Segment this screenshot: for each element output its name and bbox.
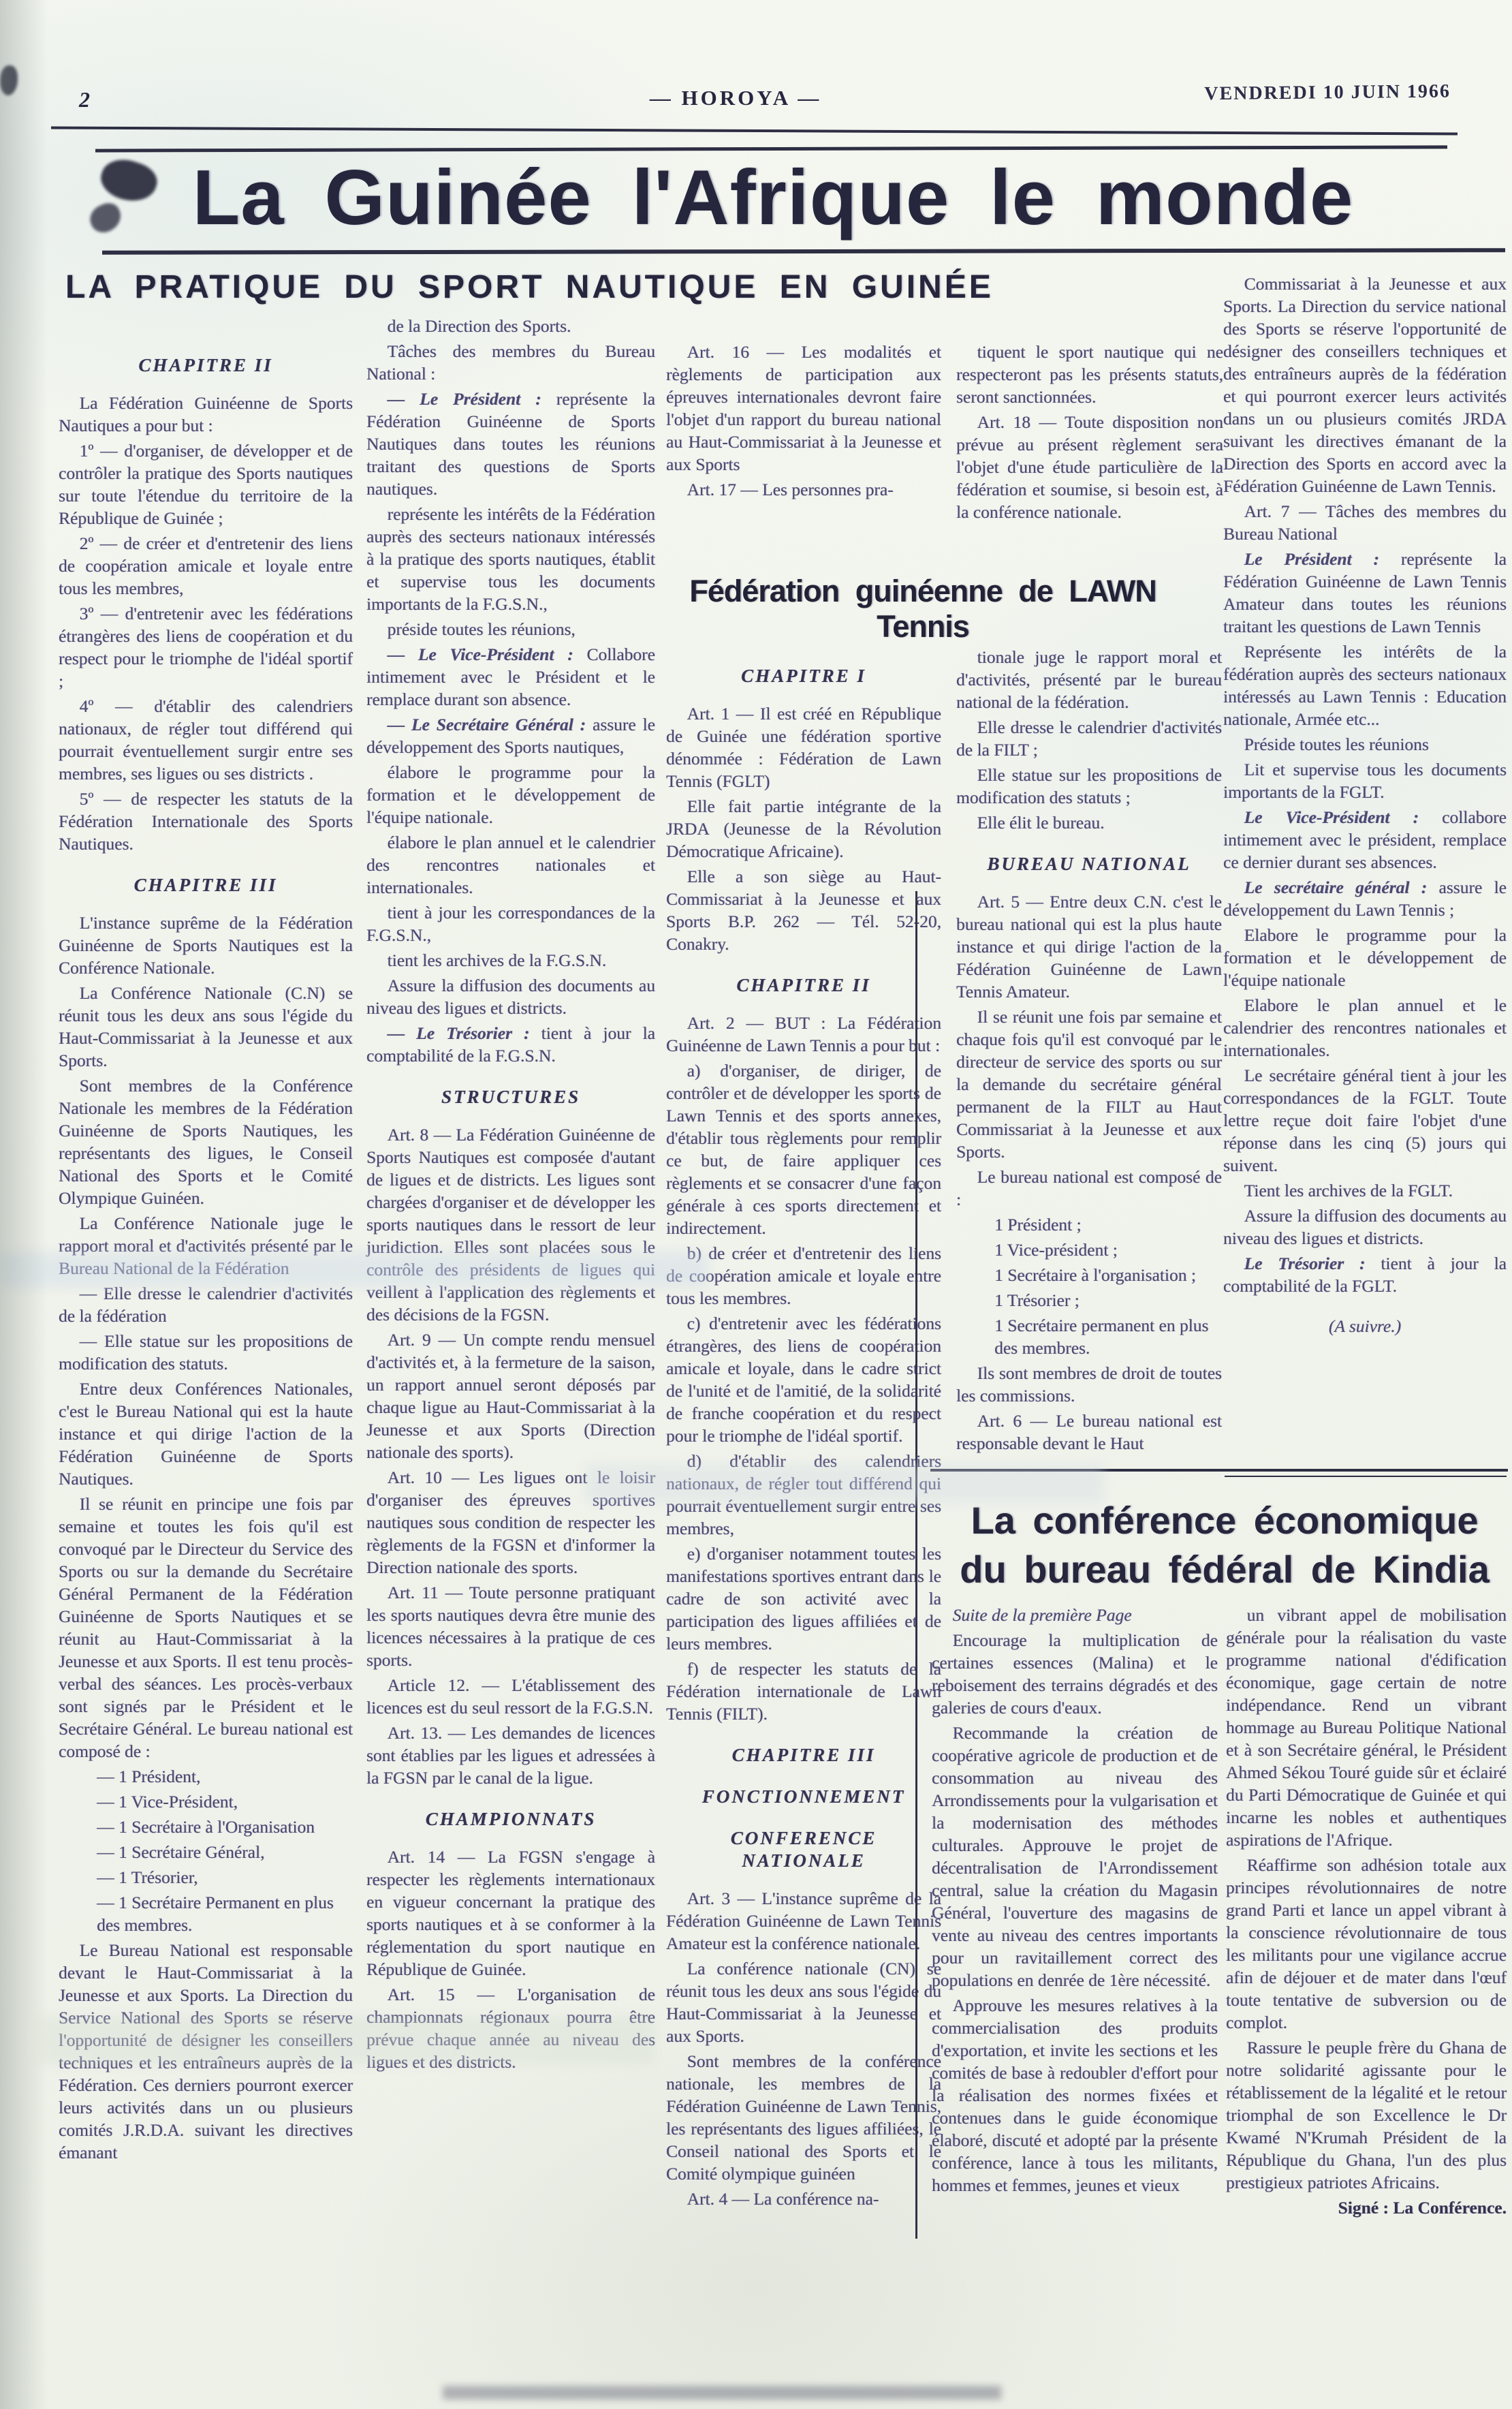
- section-heading: BUREAU NATIONAL: [956, 853, 1222, 875]
- paragraph: 1 Trésorier ;: [956, 1289, 1222, 1311]
- paragraph: Art. 10 — Les ligues ont le loisir d'org…: [366, 1466, 655, 1579]
- section-heading: FONCTIONNEMENT: [666, 1786, 941, 1808]
- page-number: 2: [79, 87, 90, 112]
- paragraph: Art. 9 — Un compte rendu mensuel d'activ…: [366, 1328, 655, 1463]
- paragraph: L'instance suprême de la Fédération Guin…: [59, 912, 353, 979]
- paragraph: Recommande la création de coopérative ag…: [932, 1722, 1218, 1991]
- kindia-rule-top-2: [1225, 1476, 1507, 1477]
- paragraph: de la Direction des Sports.: [366, 315, 655, 337]
- nautique-column-1: CHAPITRE IILa Fédération Guinéenne de Sp…: [59, 335, 353, 2166]
- kindia-title-line2: du bureau fédéral de Kindia: [941, 1545, 1508, 1594]
- scan-edge-shadow: [0, 0, 48, 2409]
- paragraph: Art. 7 — Tâches des membres du Bureau Na…: [1223, 500, 1507, 545]
- paragraph: Art. 18 — Toute disposition non prévue a…: [956, 411, 1223, 523]
- kindia-rule-top: [930, 1469, 1508, 1472]
- column-divider-rule: [915, 891, 917, 2239]
- section-heading: CHAPITRE III: [666, 1744, 941, 1767]
- paragraph: 1 Secrétaire permanent en plus des membr…: [956, 1314, 1222, 1359]
- paragraph: Suite de la première Page: [932, 1604, 1218, 1626]
- paragraph: f) de respecter les statuts de la Fédéra…: [666, 1658, 941, 1725]
- paragraph: Il se réunit en principe une fois par se…: [59, 1493, 353, 1762]
- paragraph: Art. 2 — BUT : La Fédération Guinéenne d…: [666, 1012, 941, 1057]
- paragraph: Elle dresse le calendrier d'activités de…: [956, 716, 1222, 761]
- paragraph: tient les archives de la F.G.S.N.: [366, 949, 655, 972]
- paragraph: Le secrétaire général : assure le dévelo…: [1223, 876, 1507, 921]
- paragraph: — 1 Vice-Président,: [59, 1790, 353, 1813]
- paragraph: 1 Vice-président ;: [956, 1239, 1222, 1261]
- paragraph: d) d'établir des calendriers nationaux, …: [666, 1450, 941, 1540]
- paragraph: Le bureau national est composé de :: [956, 1166, 1222, 1211]
- paragraph: — 1 Secrétaire à l'Organisation: [59, 1816, 353, 1838]
- paragraph: Tient les archives de la FGLT.: [1223, 1179, 1507, 1202]
- paragraph: La Conférence Nationale juge le rapport …: [59, 1212, 353, 1279]
- paragraph: a) d'organiser, de diriger, de contrôler…: [666, 1059, 941, 1239]
- paragraph: Préside toutes les réunions: [1223, 733, 1507, 756]
- paragraph: 1 Président ;: [956, 1213, 1222, 1236]
- paragraph: tionale juge le rapport moral et d'activ…: [956, 646, 1222, 713]
- paragraph: Art. 13. — Les demandes de licences sont…: [366, 1722, 655, 1789]
- headline-rule-bottom: [102, 248, 1505, 255]
- newspaper-page: 2 — HOROYA — VENDREDI 10 JUIN 1966 La Gu…: [0, 0, 1512, 2409]
- paragraph: — Elle dresse le calendrier d'activités …: [59, 1282, 353, 1327]
- paragraph: Il se réunit une fois par semaine et cha…: [956, 1006, 1222, 1163]
- nautique-column-3: Art. 16 — Les modalités et règlements de…: [666, 341, 941, 503]
- paragraph: Le Vice-Président : collabore intimement…: [1223, 806, 1507, 873]
- paragraph: Art. 4 — La conférence na-: [666, 2188, 941, 2210]
- paragraph: (A suivre.): [1223, 1315, 1507, 1337]
- nautique-column-4: tiquent le sport nautique qui ne respect…: [956, 341, 1223, 526]
- paragraph: — 1 Secrétaire Général,: [59, 1841, 353, 1863]
- paragraph: Art. 6 — Le bureau national est responsa…: [956, 1410, 1222, 1455]
- paragraph: un vibrant appel de mobilisation général…: [1226, 1604, 1507, 1851]
- paragraph: c) d'entretenir avec les fédérations étr…: [666, 1312, 941, 1447]
- paragraph: Elabore le plan annuel et le calendrier …: [1223, 994, 1507, 1061]
- paragraph: — Le Secrétaire Général : assure le déve…: [366, 713, 655, 758]
- paragraph: Art. 16 — Les modalités et règlements de…: [666, 341, 941, 476]
- paragraph: Tâches des membres du Bureau National :: [366, 340, 655, 385]
- article-lawn-title: Fédération guinéenne de LAWN Tennis: [647, 574, 1199, 644]
- page-headline: La Guinée l'Afrique le monde: [95, 153, 1451, 248]
- paragraph: — 1 Trésorier,: [59, 1866, 353, 1889]
- section-heading: CONFERENCE NATIONALE: [666, 1827, 941, 1872]
- paragraph: élabore le programme pour la formation e…: [366, 761, 655, 828]
- paragraph: élabore le plan annuel et le calendrier …: [366, 831, 655, 899]
- paragraph: 5º — de respecter les statuts de la Fédé…: [59, 788, 353, 855]
- paragraph: Rassure le peuple frère du Ghana de notr…: [1226, 2036, 1507, 2194]
- paragraph: 1 Secrétaire à l'organisation ;: [956, 1264, 1222, 1286]
- kindia-column-right: un vibrant appel de mobilisation général…: [1226, 1604, 1507, 2222]
- paragraph: Art. 3 — L'instance suprême de la Fédéra…: [666, 1887, 941, 1955]
- paragraph: Art. 11 — Toute personne pratiquant les …: [366, 1581, 655, 1671]
- paragraph: e) d'organiser notamment toutes les mani…: [666, 1542, 941, 1655]
- paragraph: Réaffirme son adhésion totale aux princi…: [1226, 1854, 1507, 2034]
- paragraph: Entre deux Conférences Nationales, c'est…: [59, 1378, 353, 1490]
- paragraph: Sont membres de la conférence nationale,…: [666, 2050, 941, 2185]
- headline-rule-top: [95, 145, 1447, 152]
- paragraph: Elle a son siège au Haut-Commissariat à …: [666, 865, 941, 955]
- section-heading: CHAPITRE III: [59, 874, 353, 897]
- paragraph: Art. 17 — Les personnes pra-: [666, 478, 941, 501]
- lawn-column-middle: tionale juge le rapport moral et d'activ…: [956, 646, 1222, 1457]
- header-rule: [51, 126, 1458, 135]
- paragraph: Le Président : représente la Fédération …: [1223, 548, 1507, 638]
- paragraph: représente les intérêts de la Fédération…: [366, 503, 655, 615]
- section-heading: CHAPITRE I: [666, 665, 941, 687]
- paragraph: Elle statue sur les propositions de modi…: [956, 764, 1222, 809]
- paragraph: Lit et supervise tous les documents impo…: [1223, 758, 1507, 803]
- paragraph: — Le Président : représente la Fédératio…: [366, 388, 655, 500]
- paragraph: tiquent le sport nautique qui ne respect…: [956, 341, 1223, 408]
- paragraph: Encourage la multiplication de certaines…: [932, 1629, 1218, 1719]
- paragraph: Le secrétaire général tient à jour les c…: [1223, 1064, 1507, 1177]
- paragraph: Art. 8 — La Fédération Guinéenne de Spor…: [366, 1123, 655, 1326]
- nautique-column-2: de la Direction des Sports.Tâches des me…: [366, 315, 655, 2076]
- paragraph: Assure la diffusion des documents au niv…: [1223, 1204, 1507, 1249]
- paragraph: — 1 Président,: [59, 1765, 353, 1788]
- paragraph: 3º — d'entretenir avec les fédérations é…: [59, 602, 353, 692]
- paragraph: Elle élit le bureau.: [956, 811, 1222, 834]
- paragraph: Le Bureau National est responsable devan…: [59, 1939, 353, 2164]
- paragraph: Assure la diffusion des documents au niv…: [366, 974, 655, 1019]
- paragraph: Ils sont membres de droit de toutes les …: [956, 1362, 1222, 1407]
- paragraph: La Fédération Guinéenne de Sports Nautiq…: [59, 392, 353, 437]
- paragraph: préside toutes les réunions,: [366, 618, 655, 640]
- article-kindia-title: La conférence économique du bureau fédér…: [941, 1496, 1508, 1594]
- paragraph: — Le Vice-Président : Collabore intimeme…: [366, 643, 655, 711]
- paragraph: Art. 1 — Il est créé en République de Gu…: [666, 702, 941, 792]
- paragraph: — Elle statue sur les propositions de mo…: [59, 1330, 353, 1375]
- paragraph: La conférence nationale (CN) se réunit t…: [666, 1957, 941, 2047]
- section-heading: CHAMPIONNATS: [366, 1808, 655, 1831]
- masthead: — HOROYA —: [586, 86, 885, 110]
- paragraph: La Conférence Nationale (C.N) se réunit …: [59, 982, 353, 1072]
- paragraph: Art. 15 — L'organisation de championnats…: [366, 1983, 655, 2073]
- kindia-title-line1: La conférence économique: [941, 1496, 1508, 1545]
- paragraph: Article 12. — L'établissement des licenc…: [366, 1674, 655, 1719]
- section-heading: CHAPITRE II: [59, 354, 353, 377]
- paragraph: 1º — d'organiser, de développer et de co…: [59, 439, 353, 529]
- paragraph: Sont membres de la Conférence Nationale …: [59, 1074, 353, 1209]
- lawn-column-left: CHAPITRE IArt. 1 — Il est créé en Républ…: [666, 646, 941, 2213]
- paragraph: 2º — de créer et d'entretenir des liens …: [59, 532, 353, 600]
- paragraph: b) de créer et d'entretenir des liens de…: [666, 1242, 941, 1309]
- section-heading: STRUCTURES: [366, 1086, 655, 1108]
- paragraph: tient à jour les correspondances de la F…: [366, 901, 655, 946]
- paragraph: — 1 Secrétaire Permanent en plus des mem…: [59, 1891, 353, 1936]
- section-heading: CHAPITRE II: [666, 974, 941, 997]
- paragraph: Signé : La Conférence.: [1226, 2196, 1507, 2219]
- paragraph: Art. 14 — La FGSN s'engage à respecter l…: [366, 1846, 655, 1980]
- dateline: VENDREDI 10 JUIN 1966: [988, 80, 1451, 107]
- paragraph: Approuve les mesures relatives à la comm…: [932, 1994, 1218, 2196]
- paragraph: Elabore le programme pour la formation e…: [1223, 924, 1507, 991]
- paragraph: Elle fait partie intégrante de la JRDA (…: [666, 795, 941, 862]
- paragraph: Art. 5 — Entre deux C.N. c'est le bureau…: [956, 890, 1222, 1003]
- article-nautique-title: LA PRATIQUE DU SPORT NAUTIQUE EN GUINÉE: [65, 268, 1060, 306]
- paragraph: Représente les intérêts de la fédération…: [1223, 640, 1507, 730]
- lawn-column-right: Commissariat à la Jeunesse et aux Sports…: [1223, 273, 1507, 1340]
- paragraph: Commissariat à la Jeunesse et aux Sports…: [1223, 273, 1507, 497]
- paragraph: 4º — d'établir des calendriers nationaux…: [59, 695, 353, 785]
- paragraph: Le Trésorier : tient à jour la comptabil…: [1223, 1252, 1507, 1297]
- paragraph: — Le Trésorier : tient à jour la comptab…: [366, 1022, 655, 1067]
- kindia-column-left: Suite de la première PageEncourage la mu…: [932, 1604, 1218, 2199]
- scan-smudge-dark: [443, 2386, 1001, 2399]
